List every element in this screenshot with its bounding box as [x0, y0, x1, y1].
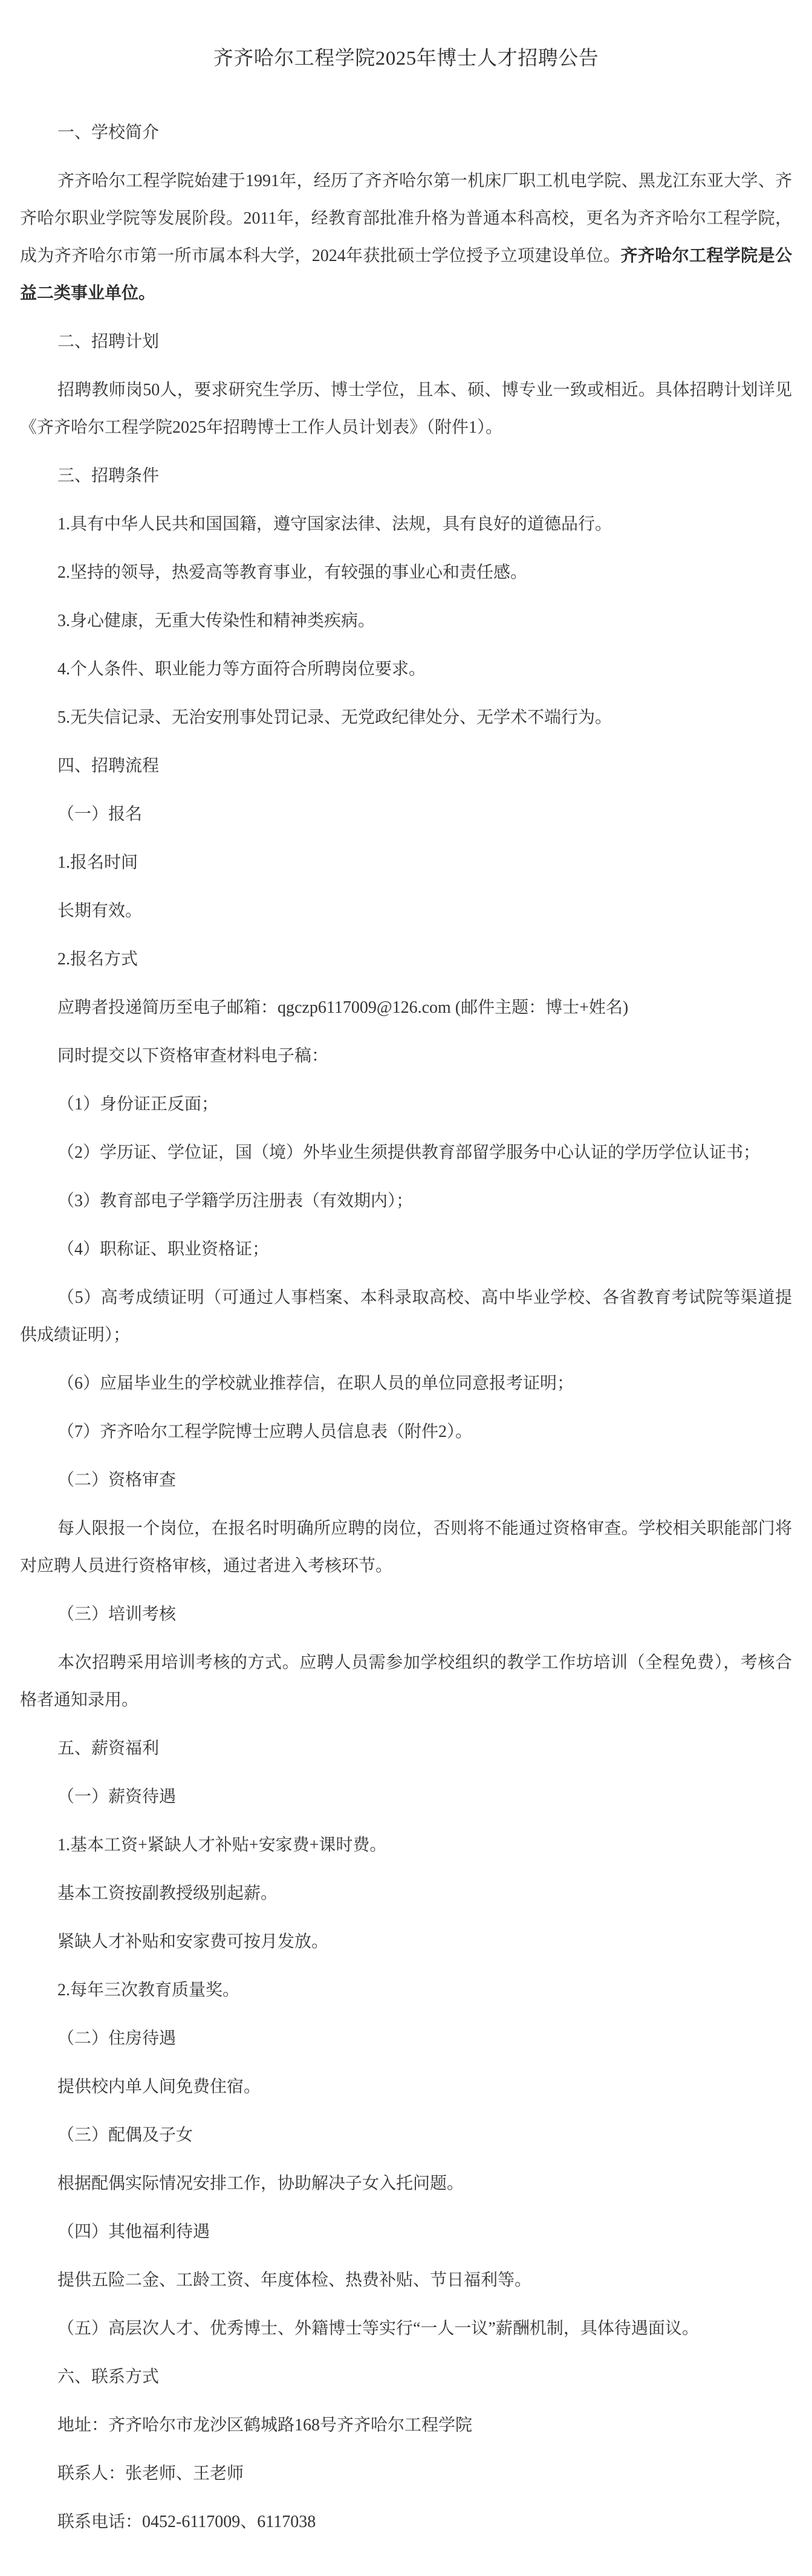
paragraph: 地址：齐齐哈尔市龙沙区鹤城路168号齐齐哈尔工程学院	[20, 2407, 792, 2444]
paragraph: 4.个人条件、职业能力等方面符合所聘岗位要求。	[20, 651, 792, 688]
paragraph: （2）学历证、学位证，国（境）外毕业生须提供教育部留学服务中心认证的学历学位认证…	[20, 1134, 792, 1172]
paragraph: 同时提交以下资格审查材料电子稿：	[20, 1038, 792, 1075]
sub-heading: （三）培训考核	[20, 1596, 792, 1633]
section-heading: 三、招聘条件	[20, 457, 792, 495]
sub-heading: （一）薪资待遇	[20, 1778, 792, 1816]
section-heading: 六、联系方式	[20, 2358, 792, 2396]
sub-heading: （四）其他福利待遇	[20, 2213, 792, 2251]
section-heading: 一、学校简介	[20, 114, 792, 152]
paragraph: 2.坚持的领导，热爱高等教育事业，有较强的事业心和责任感。	[20, 554, 792, 592]
document-body: 一、学校简介齐齐哈尔工程学院始建于1991年，经历了齐齐哈尔第一机床厂职工机电学…	[20, 114, 792, 2541]
paragraph: 齐齐哈尔工程学院始建于1991年，经历了齐齐哈尔第一机床厂职工机电学院、黑龙江东…	[20, 163, 792, 312]
paragraph: （5）高考成绩证明（可通过人事档案、本科录取高校、高中毕业学校、各省教育考试院等…	[20, 1279, 792, 1354]
paragraph: 5.无失信记录、无治安刑事处罚记录、无党政纪律处分、无学术不端行为。	[20, 699, 792, 737]
paragraph: （7）齐齐哈尔工程学院博士应聘人员信息表（附件2）。	[20, 1413, 792, 1451]
bold-statement: 齐齐哈尔工程学院是公益二类事业单位。	[20, 247, 792, 303]
paragraph: 2.每年三次教育质量奖。	[20, 1972, 792, 2009]
page-title: 齐齐哈尔工程学院2025年博士人才招聘公告	[20, 42, 792, 76]
paragraph: 2.报名方式	[20, 941, 792, 978]
announcement-document: 齐齐哈尔工程学院2025年博士人才招聘公告 一、学校简介齐齐哈尔工程学院始建于1…	[0, 0, 812, 2576]
paragraph: 1.报名时间	[20, 844, 792, 882]
paragraph: 本次招聘采用培训考核的方式。应聘人员需参加学校组织的教学工作坊培训（全程免费），…	[20, 1644, 792, 1719]
paragraph: 招聘教师岗50人，要求研究生学历、博士学位，且本、硕、博专业一致或相近。具体招聘…	[20, 372, 792, 447]
paragraph: 紧缺人才补贴和安家费可按月发放。	[20, 1923, 792, 1961]
paragraph: 每人限报一个岗位，在报名时明确所应聘的岗位，否则将不能通过资格审查。学校相关职能…	[20, 1510, 792, 1585]
section-heading: 五、薪资福利	[20, 1730, 792, 1767]
paragraph: 长期有效。	[20, 893, 792, 930]
sub-heading: （二）资格审查	[20, 1462, 792, 1499]
section-heading: 四、招聘流程	[20, 747, 792, 785]
sub-heading: （三）配偶及子女	[20, 2117, 792, 2154]
paragraph: （4）职称证、职业资格证；	[20, 1231, 792, 1268]
sub-heading: （五）高层次人才、优秀博士、外籍博士等实行“一人一议”薪酬机制，具体待遇面议。	[20, 2310, 792, 2348]
paragraph: 提供校内单人间免费住宿。	[20, 2068, 792, 2106]
sub-heading: （一）报名	[20, 796, 792, 833]
paragraph: （1）身份证正反面；	[20, 1086, 792, 1123]
paragraph: 1.具有中华人民共和国国籍，遵守国家法律、法规，具有良好的道德品行。	[20, 506, 792, 543]
sub-heading: （二）住房待遇	[20, 2020, 792, 2058]
paragraph: 3.身心健康，无重大传染性和精神类疾病。	[20, 602, 792, 640]
paragraph: 基本工资按副教授级别起薪。	[20, 1875, 792, 1913]
section-heading: 二、招聘计划	[20, 323, 792, 361]
paragraph: （6）应届毕业生的学校就业推荐信，在职人员的单位同意报考证明；	[20, 1365, 792, 1403]
paragraph: 1.基本工资+紧缺人才补贴+安家费+课时费。	[20, 1827, 792, 1864]
paragraph: 根据配偶实际情况安排工作，协助解决子女入托问题。	[20, 2165, 792, 2203]
paragraph: 提供五险二金、工龄工资、年度体检、热费补贴、节日福利等。	[20, 2262, 792, 2299]
paragraph: 联系电话：0452-6117009、6117038	[20, 2503, 792, 2541]
paragraph: 应聘者投递简历至电子邮箱：qgczp6117009@126.com (邮件主题：…	[20, 989, 792, 1027]
paragraph: （3）教育部电子学籍学历注册表（有效期内）；	[20, 1183, 792, 1220]
paragraph: 联系人：张老师、王老师	[20, 2455, 792, 2493]
